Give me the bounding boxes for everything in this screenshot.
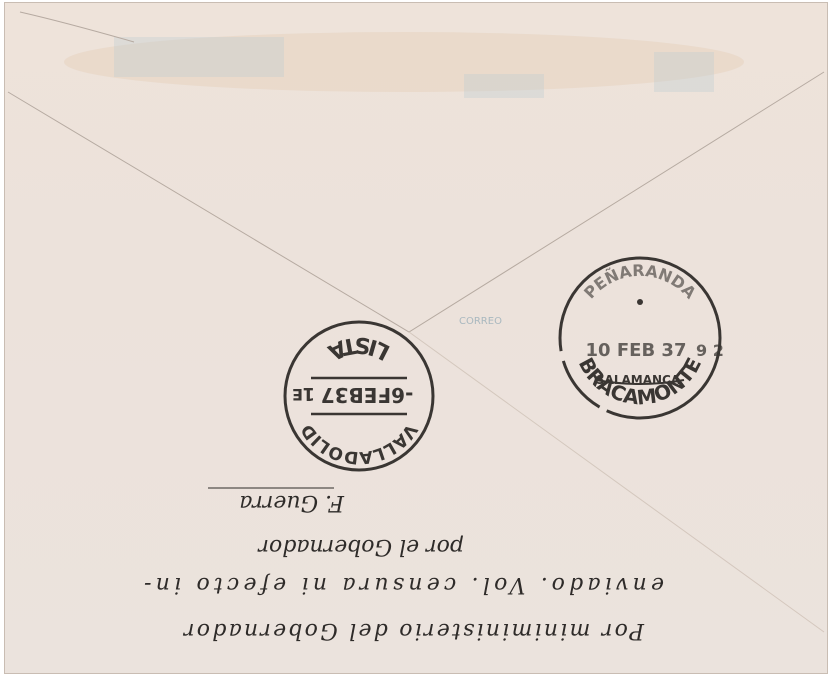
postmark-valladolid-top: VALLADOLID: [297, 420, 421, 467]
postmark-valladolid: VALLADOLID LISTA -6FEB37 1 E: [285, 322, 433, 470]
postmark-salamanca-time: 9 2: [696, 341, 724, 360]
svg-text:PEÑARANDA: PEÑARANDA: [580, 261, 700, 303]
handwriting-line-3: por el Gobernador: [257, 534, 464, 559]
postmark-valladolid-date: -6FEB37: [321, 383, 414, 407]
handwriting-line-1: Por miniministerio del Gobernador: [183, 618, 645, 643]
handwriting-signature: F. Guerra: [239, 490, 345, 515]
svg-text:LISTA: LISTA: [324, 332, 394, 365]
seam-text: CORREO: [459, 316, 502, 327]
postmark-salamanca-top: PEÑARANDA: [580, 261, 700, 303]
postmark-valladolid-bottom: LISTA: [324, 332, 394, 365]
postmark-valladolid-time: 1: [302, 383, 315, 404]
handwriting-line-2: enviado. Vol. censura ni efecto in-: [144, 572, 664, 597]
postmark-salamanca: PEÑARANDA 10 FEB 37 9 2 SALAMANCA BRACAM…: [560, 258, 724, 418]
svg-text:VALLADOLID: VALLADOLID: [297, 420, 421, 467]
envelope-drawing: CORREO VALLADOLID LISTA -6FEB37 1 E PEÑA…: [4, 2, 828, 674]
handwritten-note: por el Gobernador enviado. Vol. censura …: [144, 490, 664, 643]
postmark-salamanca-date: 10 FEB 37: [586, 340, 687, 361]
postmark-valladolid-letter: E: [292, 385, 303, 404]
envelope-back: CORREO VALLADOLID LISTA -6FEB37 1 E PEÑA…: [4, 2, 828, 674]
